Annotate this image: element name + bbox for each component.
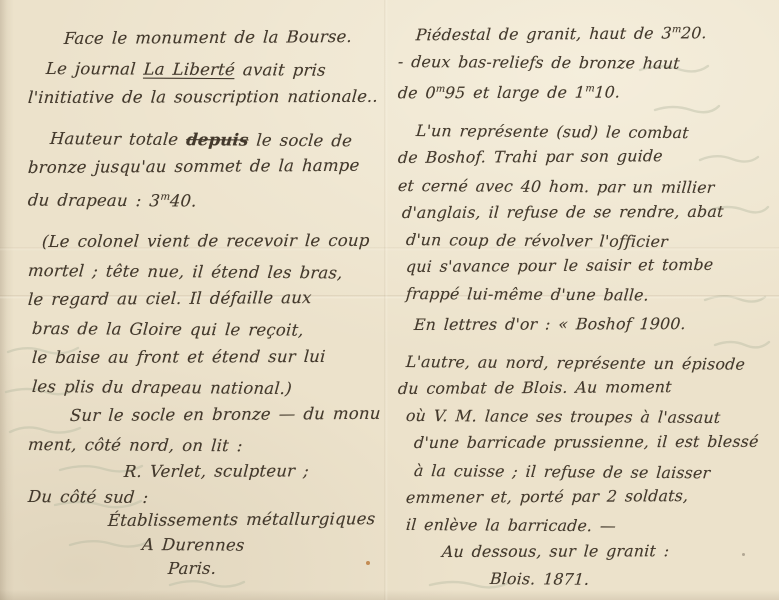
handwritten-line: il enlève la barricade. — bbox=[405, 511, 777, 540]
manuscript-sheet: Face le monument de la Bourse.Le journal… bbox=[0, 0, 779, 600]
handwritten-line: - deux bas-reliefs de bronze haut bbox=[397, 48, 777, 78]
handwritten-line: d'anglais, il refuse de se rendre, abat bbox=[401, 197, 777, 226]
handwritten-line: le baise au front et étend sur lui bbox=[31, 341, 385, 371]
handwritten-line: frappé lui-même d'une balle. bbox=[405, 280, 777, 309]
letter-left-page: Face le monument de la Bourse.Le journal… bbox=[28, 24, 384, 583]
handwritten-line: bronze jusqu'au sommet de la hampe bbox=[27, 151, 385, 182]
paper-speck bbox=[742, 553, 745, 556]
handwritten-line: d'une barricade prussienne, il est bless… bbox=[413, 428, 777, 456]
letter-right-page: Piédestal de granit, haut de 3m20.- deux… bbox=[398, 18, 776, 593]
handwritten-line: de 0m95 et large de 1m10. bbox=[397, 74, 777, 106]
handwritten-line: Piédestal de granit, haut de 3m20. bbox=[415, 15, 777, 48]
handwritten-line: Le journal La Liberté avait pris bbox=[45, 54, 385, 85]
handwritten-line: Blois. 1871. bbox=[489, 565, 777, 594]
paper-speck bbox=[366, 561, 370, 565]
handwritten-line: Au dessous, sur le granit : bbox=[441, 537, 777, 565]
handwritten-line: le regard au ciel. Il défaille aux bbox=[27, 282, 385, 313]
handwritten-line: Sur le socle en bronze — du monu bbox=[69, 398, 385, 429]
handwritten-line: du drapeau : 3m40. bbox=[27, 182, 385, 217]
handwritten-line: En lettres d'or : « Boshof 1900. bbox=[413, 309, 777, 337]
handwritten-line: R. Verlet, sculpteur ; bbox=[123, 456, 385, 486]
handwritten-line: et cerné avec 40 hom. par un millier bbox=[397, 172, 777, 202]
handwritten-line: Paris. bbox=[167, 553, 385, 583]
handwritten-line: qui s'avance pour le saisir et tombe bbox=[405, 251, 777, 281]
handwritten-line: bras de la Gloire qui le reçoit, bbox=[31, 314, 385, 345]
handwritten-line: du combat de Blois. Au moment bbox=[397, 372, 777, 402]
handwritten-line: emmener et, porté par 2 soldats, bbox=[405, 481, 777, 511]
handwritten-line: l'initiative de la souscription national… bbox=[27, 82, 385, 112]
handwritten-line: Face le monument de la Bourse. bbox=[63, 22, 385, 53]
handwritten-line: (Le colonel vient de recevoir le coup bbox=[41, 225, 385, 255]
handwritten-line: de Boshof. Trahi par son guide bbox=[397, 142, 777, 172]
